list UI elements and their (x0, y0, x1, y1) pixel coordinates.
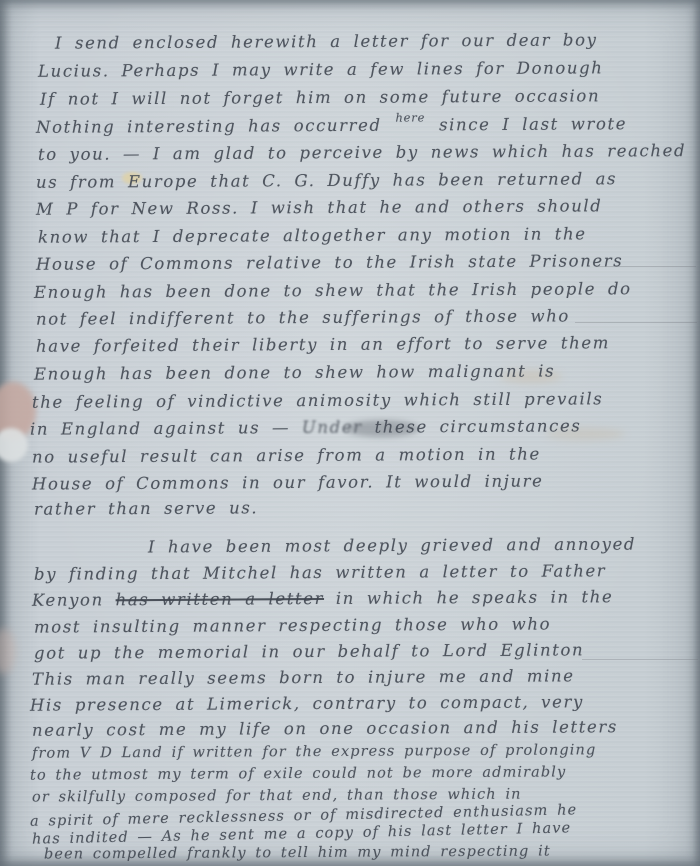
letter-line: us from Europe that C. G. Duffy has been… (36, 169, 617, 192)
struck-out-text: has written a letter (116, 589, 325, 609)
letter-line-text: these circumstances (374, 416, 581, 436)
letter-line: This man really seems born to injure me … (32, 666, 575, 688)
letter-line: been compelled frankly to tell him my mi… (44, 843, 551, 862)
letter-line-text: since I last wrote (439, 114, 627, 134)
faint-guide-line (582, 659, 698, 660)
letter-line: most insulting manner respecting those w… (34, 614, 551, 636)
letter-line: nearly cost me my life on one occasion a… (32, 717, 618, 740)
letter-line: Lucius. Perhaps I may write a few lines … (38, 58, 604, 80)
letter-line: or skilfully composed for that end, than… (32, 787, 522, 806)
letter-line: Enough has been done to shew that the Ir… (34, 279, 632, 302)
letter-line: to you. — I am glad to perceive by news … (38, 141, 686, 164)
letter-line: have forfeited their liberty in an effor… (36, 333, 610, 356)
letter-line: got up the memorial in our behalf to Lor… (34, 640, 584, 662)
inserted-word-above-line: here (395, 110, 425, 124)
paper-tear-light-spot (0, 428, 28, 462)
letter-line: I send enclosed herewith a letter for ou… (55, 30, 598, 52)
letter-line: in England against us — Under these circ… (30, 416, 581, 438)
letter-line: know that I deprecate altogether any mot… (38, 224, 587, 246)
letter-scan-page: I send enclosed herewith a letter for ou… (0, 0, 700, 866)
letter-line: not feel indifferent to the sufferings o… (36, 306, 570, 328)
letter-line: Kenyon has written a letter in which he … (32, 587, 613, 610)
letter-line-text: in England against us — (30, 418, 290, 439)
letter-line: Enough has been done to shew how maligna… (34, 361, 555, 383)
smudged-word: Under (302, 418, 363, 437)
letter-line: the feeling of vindictive animosity whic… (32, 389, 603, 411)
letter-line-text: in which he speaks in the (336, 587, 614, 608)
letter-line: His presence at Limerick, contrary to co… (30, 692, 584, 714)
letter-line: by finding that Mitchel has written a le… (34, 561, 606, 583)
letter-line: House of Commons in our favor. It would … (32, 471, 544, 493)
paper-edge-tint (0, 628, 16, 674)
letter-line-text: Nothing interesting has occurred (36, 116, 382, 137)
letter-line: rather than serve us. (34, 498, 258, 518)
letter-line: I have been most deeply grieved and anno… (148, 535, 636, 557)
letter-line: from V D Land if written for the express… (32, 742, 596, 761)
letter-line: to the utmost my term of exile could not… (30, 764, 566, 783)
letter-line: M P for New Ross. I wish that he and oth… (36, 196, 603, 218)
letter-line: House of Commons relative to the Irish s… (36, 251, 623, 274)
letter-line: Nothing interesting has occurred here si… (36, 114, 627, 137)
faint-guide-line (575, 322, 697, 323)
letter-line-text: Kenyon (32, 590, 104, 609)
letter-line: If not I will not forget him on some fut… (40, 86, 600, 108)
letter-line: no useful result can arise from a motion… (32, 444, 541, 466)
